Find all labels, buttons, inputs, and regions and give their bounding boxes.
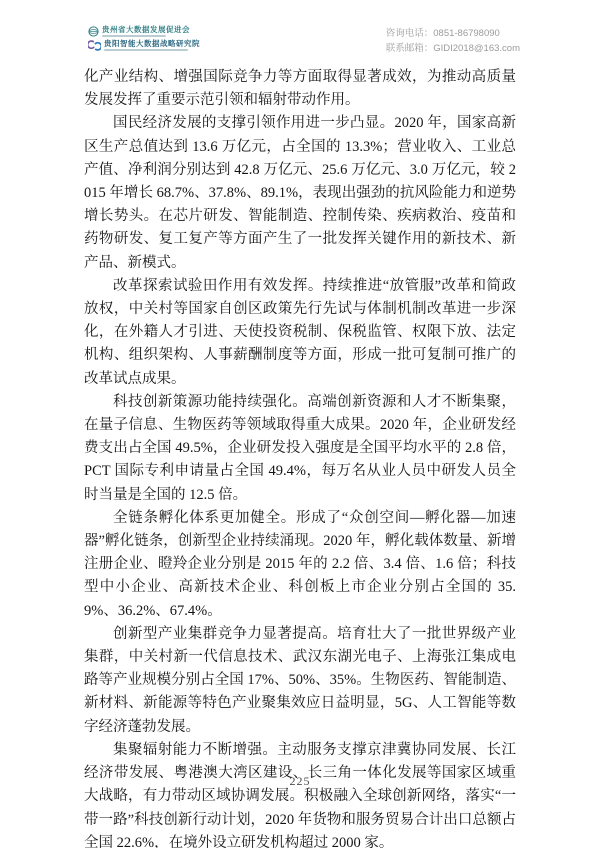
page-header: 贵州省大数据发展促进会 贵阳智能大数据战略研究院 咨询电 xyxy=(88,26,520,56)
document-page: 贵州省大数据发展促进会 贵阳智能大数据战略研究院 咨询电 xyxy=(0,0,600,848)
document-body: 化产业结构、增强国际竞争力等方面取得显著成效，为推动高质量发展发挥了重要示范引领… xyxy=(84,66,516,848)
phone-label: 咨询电话： xyxy=(386,28,434,39)
paragraph-radiation-capacity: 集聚辐射能力不断增强。主动服务支撑京津冀协同发展、长江经济带发展、粤港澳大湾区建… xyxy=(84,739,516,848)
email-address: GIDI2018@163.com xyxy=(433,43,520,54)
contact-email: 联系邮箱：GIDI2018@163.com xyxy=(386,41,520,56)
phone-number: 0851-86798090 xyxy=(433,28,500,39)
email-label: 联系邮箱： xyxy=(386,43,434,54)
paragraph-industry-clusters: 创新型产业集群竞争力显著提高。培育壮大了一批世界级产业集群，中关村新一代信息技术… xyxy=(84,623,516,739)
globe-logo-icon xyxy=(88,26,99,37)
contact-info: 咨询电话：0851-86798090 联系邮箱：GIDI2018@163.com xyxy=(386,26,520,56)
swirl-logo-icon xyxy=(88,40,101,51)
institute-logo: 贵阳智能大数据战略研究院 xyxy=(88,40,200,51)
paragraph-national-economy: 国民经济发展的支撑引领作用进一步凸显。2020 年，国家高新区生产总值达到 13… xyxy=(84,112,516,274)
page-footer: 225 xyxy=(0,772,600,790)
paragraph-incubation: 全链条孵化体系更加健全。形成了“众创空间—孵化器—加速器”孵化链条，创新型企业持… xyxy=(84,507,516,623)
association-logo-subtitle xyxy=(102,35,166,37)
paragraph-continuation: 化产业结构、增强国际竞争力等方面取得显著成效，为推动高质量发展发挥了重要示范引领… xyxy=(84,66,516,112)
institute-logo-subtitle xyxy=(104,49,188,51)
logo-block: 贵州省大数据发展促进会 贵阳智能大数据战略研究院 xyxy=(88,26,200,51)
institute-logo-text: 贵阳智能大数据战略研究院 xyxy=(104,40,200,48)
paragraph-sci-tech-innovation: 科技创新策源功能持续强化。高端创新资源和人才不断集聚，在量子信息、生物医药等领域… xyxy=(84,391,516,507)
paragraph-reform: 改革探索试验田作用有效发挥。持续推进“放管服”改革和简政放权，中关村等国家自创区… xyxy=(84,275,516,391)
page-number: 225 xyxy=(290,774,311,788)
association-logo-text: 贵州省大数据发展促进会 xyxy=(102,26,190,34)
contact-phone: 咨询电话：0851-86798090 xyxy=(386,26,520,41)
association-logo: 贵州省大数据发展促进会 xyxy=(88,26,200,37)
